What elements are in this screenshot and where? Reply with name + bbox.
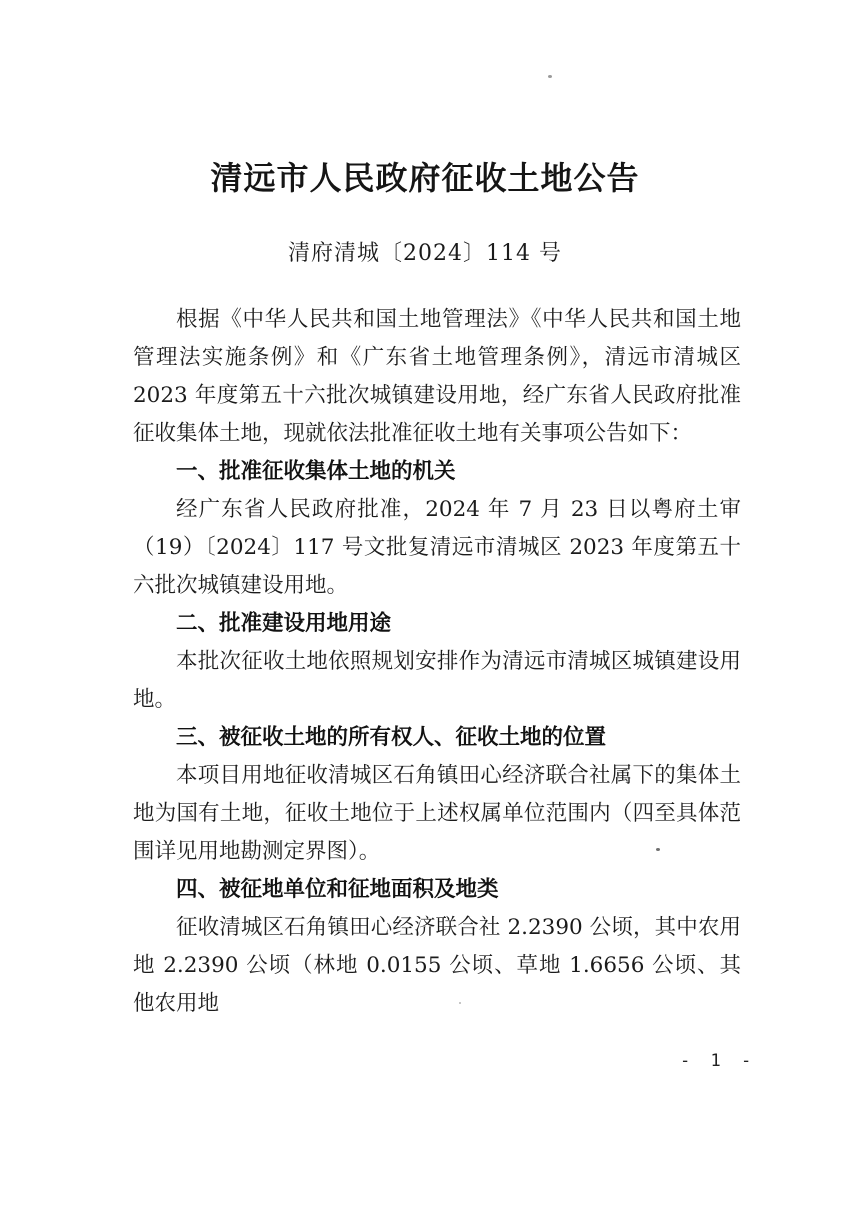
section-heading-land-use: 二、批准建设用地用途 — [133, 605, 741, 643]
section-heading-area-category: 四、被征地单位和征地面积及地类 — [133, 871, 741, 909]
document-title: 清远市人民政府征收土地公告 — [0, 153, 850, 199]
paragraph-area-category: 征收清城区石角镇田心经济联合社 2.2390 公顷，其中农用地 2.2390 公… — [133, 909, 741, 1023]
page-number: - 1 - — [680, 1051, 756, 1071]
document-body: 根据《中华人民共和国土地管理法》《中华人民共和国土地管理法实施条例》和《广东省土… — [133, 301, 741, 1023]
paragraph-owner-location: 本项目用地征收清城区石角镇田心经济联合社属下的集体土地为国有土地，征收土地位于上… — [133, 757, 741, 871]
section-heading-owner-location: 三、被征收土地的所有权人、征收土地的位置 — [133, 719, 741, 757]
section-heading-approval-authority: 一、批准征收集体土地的机关 — [133, 453, 741, 491]
scan-speck — [548, 75, 552, 78]
paragraph-land-use: 本批次征收土地依照规划安排作为清远市清城区城镇建设用地。 — [133, 643, 741, 719]
document-page: 清远市人民政府征收土地公告 清府清城〔2024〕114 号 根据《中华人民共和国… — [0, 0, 850, 1211]
paragraph-approval-authority: 经广东省人民政府批准，2024 年 7 月 23 日以粤府土审（19）〔2024… — [133, 491, 741, 605]
paragraph-intro: 根据《中华人民共和国土地管理法》《中华人民共和国土地管理法实施条例》和《广东省土… — [133, 301, 741, 453]
document-number: 清府清城〔2024〕114 号 — [0, 236, 850, 267]
